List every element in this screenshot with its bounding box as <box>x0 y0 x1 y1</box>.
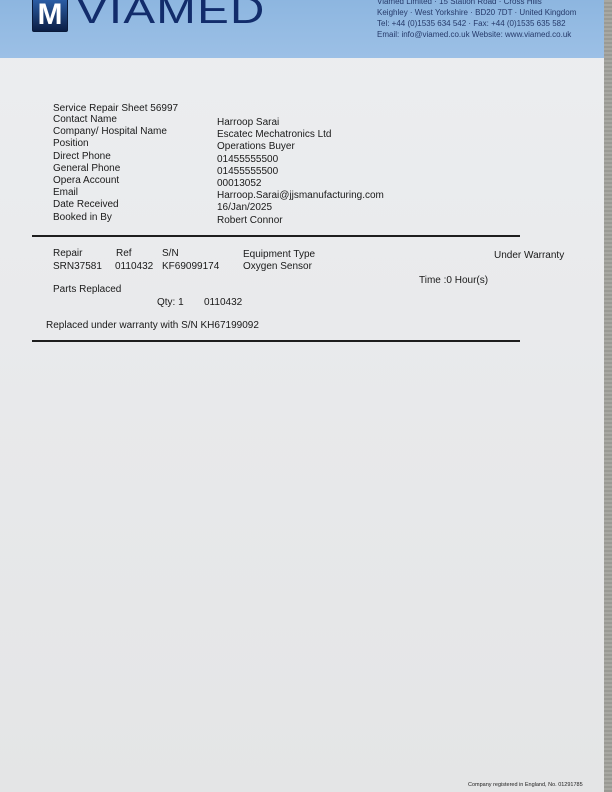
document-page: M VIAMED Viamed Limited · 15 Station Roa… <box>0 0 608 792</box>
direct-phone-value: 01455555500 <box>217 154 384 166</box>
warranty-status: Under Warranty <box>494 250 564 261</box>
field-label: Direct Phone <box>53 151 167 163</box>
email-value: Harroop.Sarai@jjsmanufacturing.com <box>217 190 384 202</box>
letterhead: M VIAMED Viamed Limited · 15 Station Roa… <box>0 0 608 58</box>
opera-account-value: 00013052 <box>217 178 384 190</box>
phone-fax-line: Tel: +44 (0)1535 634 542 · Fax: +44 (0)1… <box>377 18 592 29</box>
field-values: Harroop Sarai Escatec Mechatronics Ltd O… <box>217 117 384 227</box>
repair-number: SRN37581 <box>53 261 102 272</box>
address-line-2: Keighley · West Yorkshire · BD20 7DT · U… <box>377 7 592 18</box>
field-label: Contact Name <box>53 114 167 126</box>
general-phone-value: 01455555500 <box>217 166 384 178</box>
viamed-logo-icon: M <box>32 0 68 32</box>
background-surface <box>604 0 612 792</box>
company-registration: Company registered in England, No. 01291… <box>468 782 583 788</box>
booked-in-by-value: Robert Connor <box>217 215 384 227</box>
field-label: Opera Account <box>53 175 167 187</box>
email-website-line: Email: info@viamed.co.uk Website: www.vi… <box>377 29 592 40</box>
field-label: Position <box>53 138 167 150</box>
field-label: General Phone <box>53 163 167 175</box>
time-spent: Time :0 Hour(s) <box>419 275 488 286</box>
field-label: Email <box>53 187 167 199</box>
company-value: Escatec Mechatronics Ltd <box>217 129 384 141</box>
sn-label: S/N <box>162 248 179 259</box>
contact-name-value: Harroop Sarai <box>217 117 384 129</box>
equipment-type-value: Oxygen Sensor <box>243 261 312 272</box>
repair-label: Repair <box>53 248 82 259</box>
part-quantity: Qty: 1 <box>157 297 184 308</box>
date-received-value: 16/Jan/2025 <box>217 202 384 214</box>
ref-value: 0110432 <box>115 261 153 272</box>
sheet-title: Service Repair Sheet 56997 <box>53 103 178 114</box>
field-label: Company/ Hospital Name <box>53 126 167 138</box>
field-label: Booked in By <box>53 212 167 224</box>
equipment-type-label: Equipment Type <box>243 249 315 260</box>
divider-bottom <box>32 340 520 342</box>
brand-name: VIAMED <box>76 0 266 33</box>
repair-note: Replaced under warranty with S/N KH67199… <box>46 320 259 331</box>
ref-label: Ref <box>116 248 132 259</box>
field-labels: Contact Name Company/ Hospital Name Posi… <box>53 114 167 224</box>
sn-value: KF69099174 <box>162 261 219 272</box>
company-contact-info: Viamed Limited · 15 Station Road · Cross… <box>377 0 592 40</box>
position-value: Operations Buyer <box>217 141 384 153</box>
field-label: Date Received <box>53 199 167 211</box>
address-line-1: Viamed Limited · 15 Station Road · Cross… <box>377 0 592 7</box>
divider-top <box>32 235 520 237</box>
parts-replaced-label: Parts Replaced <box>53 284 121 295</box>
part-number: 0110432 <box>204 297 242 308</box>
